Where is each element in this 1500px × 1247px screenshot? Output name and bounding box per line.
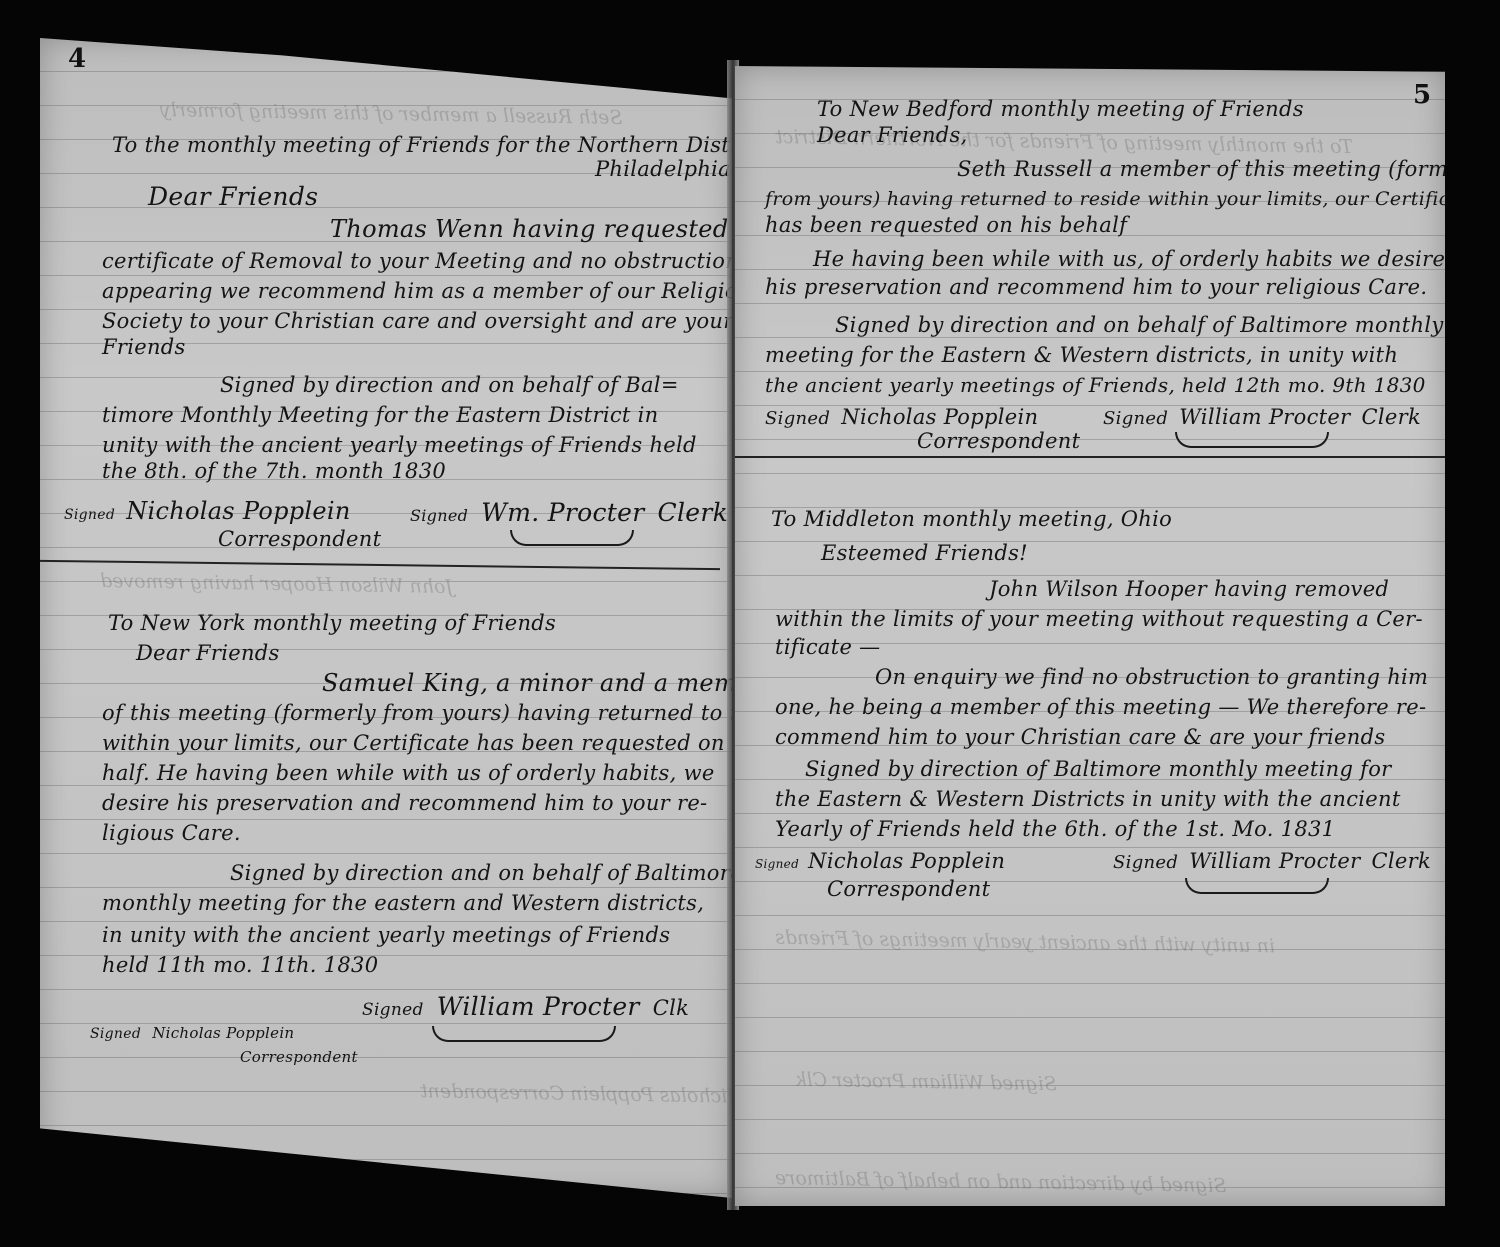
- entry-salutation: Esteemed Friends!: [821, 540, 1028, 566]
- clerk-signature: Signed William Procter Clk: [362, 994, 689, 1023]
- clerk-name: William Procter: [1179, 405, 1350, 429]
- clerk-signature: Signed Wm. Procter Clerk: [410, 500, 728, 529]
- entry-signing-line: the 8th. of the 7th. month 1830: [102, 458, 446, 484]
- entry-body-line: Thomas Wenn having requested a: [330, 216, 732, 242]
- entry-divider: [735, 456, 1445, 458]
- signed-prefix: Signed: [1113, 852, 1178, 873]
- bleed-through-text: Seth Russell a member of this meeting fo…: [160, 94, 623, 135]
- left-page: Seth Russell a member of this meeting fo…: [40, 38, 732, 1198]
- clerk-title: Clk: [653, 996, 689, 1020]
- entry-salutation: Dear Friends: [148, 184, 318, 210]
- entry-body-line: Samuel King, a minor and a member: [322, 670, 732, 696]
- entry-signing-line: unity with the ancient yearly meetings o…: [102, 432, 697, 458]
- page-number: 4: [68, 44, 86, 74]
- entry-body-line: within the limits of your meeting withou…: [775, 606, 1423, 632]
- entry-body-line: He having been while with us, of orderly…: [813, 246, 1445, 272]
- signed-prefix: Signed: [410, 506, 468, 525]
- entry-signing-line: the ancient yearly meetings of Friends, …: [765, 372, 1426, 398]
- correspondent-title: Correspondent: [917, 428, 1080, 454]
- entry-body-line: commend him to your Christian care & are…: [775, 724, 1385, 750]
- entry-body-line: his preservation and recommend him to yo…: [765, 274, 1427, 300]
- entry-address: To Middleton monthly meeting, Ohio: [771, 506, 1172, 532]
- bleed-through-text: Signed William Procter Clk: [795, 1064, 1057, 1102]
- bleed-through-text: in unity with the ancient yearly meeting…: [775, 922, 1276, 964]
- entry-address: To the monthly meeting of Friends for th…: [112, 132, 732, 158]
- bleed-through-text: Nicholas Popplein Correspondent: [420, 1075, 732, 1114]
- right-page: To the monthly meeting of Friends for th…: [735, 66, 1445, 1206]
- entry-signing-line: Yearly of Friends held the 6th. of the 1…: [775, 816, 1335, 842]
- clerk-signature: Signed William Procter Clerk: [1113, 848, 1431, 876]
- correspondent-signature: Signed Nicholas Popplein: [755, 848, 1005, 877]
- bleed-through-text: John Wilson Hooper having removed: [100, 565, 454, 604]
- signed-prefix: Signed: [1103, 408, 1168, 429]
- entry-address: To New York monthly meeting of Friends: [108, 610, 556, 636]
- clerk-title: Clerk: [658, 498, 729, 527]
- entry-signing-line: the Eastern & Western Districts in unity…: [775, 786, 1401, 812]
- signed-prefix: Signed: [755, 857, 799, 871]
- entry-signing-line: Signed by direction and on behalf of Bal…: [220, 372, 679, 398]
- entry-body-line: has been requested on his behalf: [765, 212, 1127, 238]
- entry-body-line: certificate of Removal to your Meeting a…: [102, 248, 732, 274]
- correspondent-name: Nicholas Popplein: [126, 497, 350, 525]
- signature-flourish: [1175, 432, 1329, 448]
- entry-signing-line: meeting for the Eastern & Western distri…: [765, 342, 1398, 368]
- entry-body-line: one, he being a member of this meeting —…: [775, 694, 1426, 720]
- entry-salutation: Dear Friends: [136, 640, 280, 666]
- entry-address: To New Bedford monthly meeting of Friend…: [817, 96, 1304, 122]
- signature-flourish: [432, 1026, 616, 1042]
- entry-body-line: Seth Russell a member of this meeting (f…: [957, 156, 1445, 182]
- ledger-scan: Seth Russell a member of this meeting fo…: [0, 0, 1500, 1247]
- correspondent-name: Nicholas Popplein: [808, 849, 1005, 873]
- entry-body-line: within your limits, our Certificate has …: [102, 730, 732, 756]
- entry-signing-line: Signed by direction of Baltimore monthly…: [805, 756, 1392, 782]
- entry-signing-line: timore Monthly Meeting for the Eastern D…: [102, 402, 658, 428]
- clerk-name: Wm. Procter: [481, 498, 644, 527]
- clerk-name: William Procter: [1189, 849, 1360, 873]
- entry-body-line: John Wilson Hooper having removed: [989, 576, 1389, 602]
- signed-prefix: Signed: [765, 408, 830, 429]
- entry-body-line: On enquiry we find no obstruction to gra…: [875, 664, 1428, 690]
- clerk-name: William Procter: [437, 992, 640, 1021]
- correspondent-title: Correspondent: [218, 526, 381, 552]
- signed-prefix: Signed: [90, 1026, 141, 1042]
- correspondent-name: Nicholas Popplein: [152, 1024, 294, 1042]
- entry-body-line: ligious Care.: [102, 820, 241, 846]
- entry-signing-line: Signed by direction and on behalf of Bal…: [230, 860, 732, 886]
- page-number: 5: [1413, 80, 1431, 110]
- clerk-signature: Signed William Procter Clerk: [1103, 404, 1421, 432]
- entry-salutation: Dear Friends,: [817, 122, 968, 148]
- signature-flourish: [510, 530, 634, 546]
- clerk-title: Clerk: [1372, 849, 1431, 873]
- entry-body-line: from yours) having returned to reside wi…: [765, 186, 1445, 212]
- signed-prefix: Signed: [64, 507, 115, 523]
- correspondent-title: Correspondent: [827, 876, 990, 902]
- entry-body-line: Friends: [102, 334, 186, 360]
- entry-address-place: Philadelphia: [595, 156, 731, 182]
- signature-flourish: [1185, 878, 1329, 894]
- entry-body-line: of this meeting (formerly from yours) ha…: [102, 700, 732, 726]
- entry-body-line: half. He having been while with us of or…: [102, 760, 715, 786]
- entry-body-line: appearing we recommend him as a member o…: [102, 278, 732, 304]
- entry-divider: [40, 560, 720, 570]
- correspondent-signature: Signed Nicholas Popplein: [64, 498, 351, 528]
- entry-signing-line: monthly meeting for the eastern and West…: [102, 890, 704, 916]
- signed-prefix: Signed: [362, 1000, 424, 1020]
- entry-body-line: Society to your Christian care and overs…: [102, 308, 732, 334]
- bleed-through-text: Signed by direction and on behalf of Bal…: [775, 1162, 1227, 1203]
- entry-signing-line: in unity with the ancient yearly meeting…: [102, 922, 670, 948]
- correspondent-signature: Signed Nicholas Popplein: [90, 1020, 294, 1047]
- entry-signing-line: held 11th mo. 11th. 1830: [102, 952, 378, 978]
- entry-body-line: desire his preservation and recommend hi…: [102, 790, 707, 816]
- correspondent-name: Nicholas Popplein: [841, 405, 1038, 429]
- correspondent-title: Correspondent: [240, 1044, 358, 1070]
- entry-body-line: tificate —: [775, 634, 880, 660]
- clerk-title: Clerk: [1362, 405, 1421, 429]
- entry-signing-line: Signed by direction and on behalf of Bal…: [835, 312, 1444, 338]
